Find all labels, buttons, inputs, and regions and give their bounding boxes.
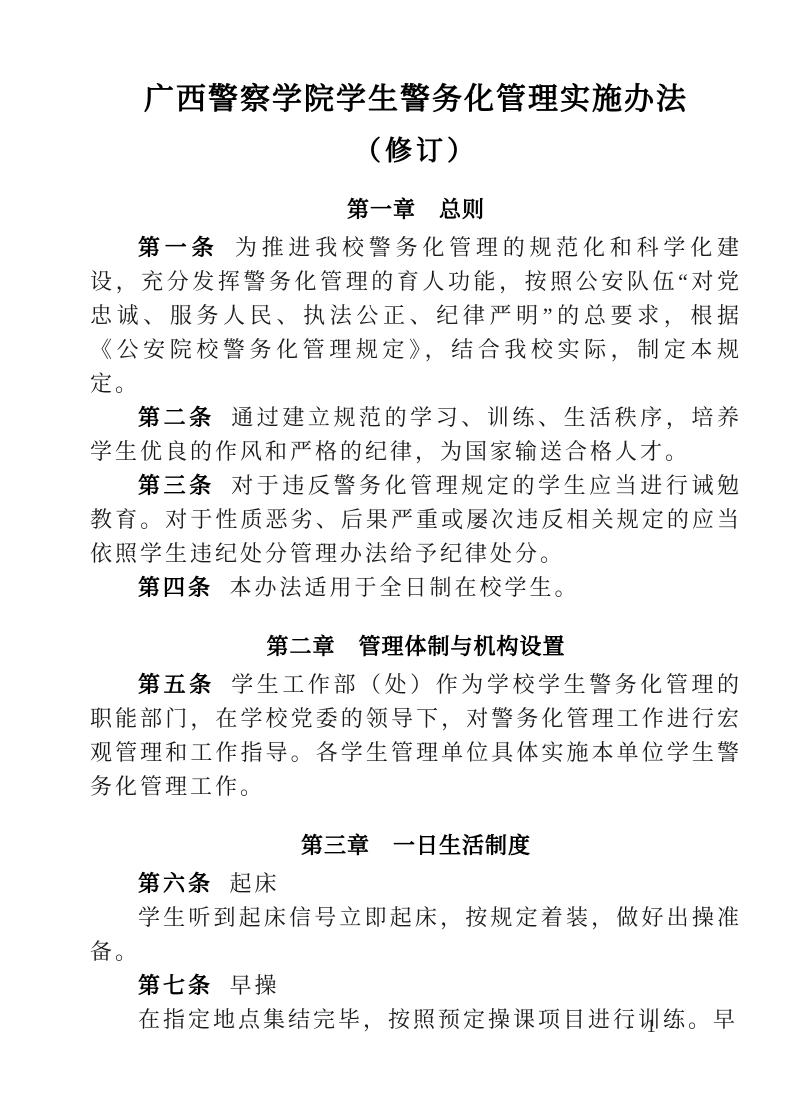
article-label: 第三条: [138, 473, 215, 498]
article-paragraph: 第三条对于违反警务化管理规定的学生应当进行诫勉教育。对于性质恶劣、后果严重或屡次…: [90, 469, 742, 571]
article-label: 第六条: [138, 871, 213, 896]
article-paragraph: 第四条本办法适用于全日制在校学生。: [90, 571, 742, 605]
document-subtitle: （修订）: [90, 134, 742, 168]
article-text: 学生听到起床信号立即起床，按规定着装，做好出操准备。: [90, 905, 742, 964]
document-content: 广西警察学院学生警务化管理实施办法 （修订） 第一章 总则第一条为推进我校警务化…: [90, 82, 742, 1037]
document-page: 广西警察学院学生警务化管理实施办法 （修订） 第一章 总则第一条为推进我校警务化…: [0, 0, 794, 1108]
article-label: 第五条: [138, 672, 215, 697]
article-label: 第四条: [138, 575, 213, 600]
article-paragraph: 第一条为推进我校警务化管理的规范化和科学化建设，充分发挥警务化管理的育人功能，按…: [90, 231, 742, 401]
article-paragraph: 第五条学生工作部（处）作为学校学生警务化管理的职能部门，在学校党委的领导下，对警…: [90, 668, 742, 804]
article-label: 第二条: [138, 405, 215, 430]
chapter-heading: 第二章 管理体制与机构设置: [90, 630, 742, 664]
article-text: 起床: [230, 871, 280, 896]
article-label: 第一条: [138, 235, 218, 260]
chapter-heading: 第一章 总则: [90, 193, 742, 227]
article-paragraph: 第七条早操: [90, 969, 742, 1003]
chapter: 第一章 总则第一条为推进我校警务化管理的规范化和科学化建设，充分发挥警务化管理的…: [90, 193, 742, 605]
article-text: 本办法适用于全日制在校学生。: [230, 575, 580, 600]
chapter: 第二章 管理体制与机构设置第五条学生工作部（处）作为学校学生警务化管理的职能部门…: [90, 630, 742, 804]
body-paragraph: 学生听到起床信号立即起床，按规定着装，做好出操准备。: [90, 901, 742, 969]
chapters-container: 第一章 总则第一条为推进我校警务化管理的规范化和科学化建设，充分发挥警务化管理的…: [90, 193, 742, 1037]
document-title: 广西警察学院学生警务化管理实施办法: [90, 82, 742, 118]
page-number: - 1 -: [627, 1015, 679, 1039]
article-paragraph: 第六条起床: [90, 867, 742, 901]
chapter-heading: 第三章 一日生活制度: [90, 829, 742, 863]
chapter: 第三章 一日生活制度第六条起床学生听到起床信号立即起床，按规定着装，做好出操准备…: [90, 829, 742, 1037]
article-text: 早操: [230, 973, 280, 998]
article-label: 第七条: [138, 973, 213, 998]
article-paragraph: 第二条通过建立规范的学习、训练、生活秩序，培养学生优良的作风和严格的纪律，为国家…: [90, 401, 742, 469]
